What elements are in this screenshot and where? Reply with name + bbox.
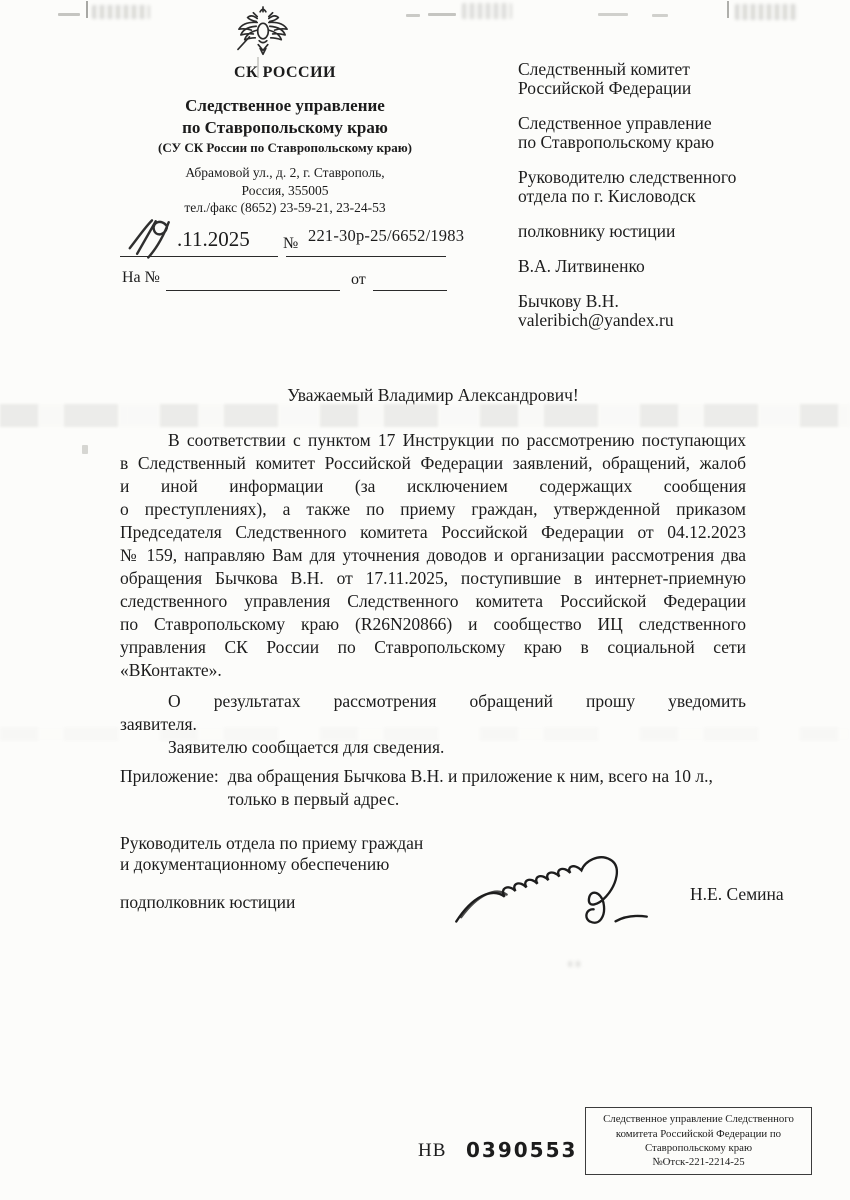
- body-line: В соответствии с пунктом 17 Инструкции п…: [120, 429, 746, 452]
- scan-artifact: [428, 13, 456, 16]
- scan-artifact: [82, 445, 88, 454]
- body-line: № 159, направляю Вам для уточнения довод…: [120, 544, 746, 567]
- recipient-org-line: по Ставропольскому краю: [518, 133, 818, 152]
- recipient-block: Следственный комитет Российской Федераци…: [518, 60, 818, 346]
- blank-number: 0390553: [466, 1138, 577, 1162]
- recipient-name: В.А. Литвиненко: [518, 257, 818, 276]
- number-sign: №: [283, 235, 298, 253]
- body-line: обращения Бычкова В.Н. от 17.11.2025, по…: [120, 567, 746, 590]
- scan-artifact: [652, 14, 668, 17]
- date-printed: .11.2025: [177, 227, 250, 252]
- reply-to-number-label: На №: [122, 269, 160, 287]
- org-phone: тел./факс (8652) 23-59-21, 23-24-53: [118, 199, 452, 217]
- attachment-line: два обращения Бычкова В.Н. и приложение …: [228, 765, 713, 788]
- reply-from-label: от: [351, 271, 366, 289]
- scan-artifact: [92, 5, 150, 19]
- org-address-line1: Абрамовой ул., д. 2, г. Ставрополь,: [118, 164, 452, 182]
- scanned-letter-page: СК РОССИИ Следственное управление по Ста…: [0, 0, 850, 1200]
- attachment-block: Приложение: два обращения Бычкова В.Н. и…: [120, 765, 746, 811]
- registration-stamp: Следственное управление Следственного ко…: [585, 1107, 812, 1175]
- org-name-abbrev: (СУ СК России по Ставропольскому краю): [118, 140, 452, 156]
- number-underline: [286, 256, 446, 257]
- body-line: в Следственный комитет Российской Федера…: [120, 452, 746, 475]
- scan-artifact: [727, 1, 729, 18]
- body-line: О результатах рассмотрения обращений про…: [120, 690, 746, 713]
- scan-artifact: [462, 3, 512, 19]
- salutation: Уважаемый Владимир Александрович!: [120, 384, 746, 407]
- body-line: следственного управления Следственного к…: [120, 590, 746, 613]
- date-underline: [120, 256, 278, 257]
- stamp-line: Следственное управление Следственного: [590, 1112, 807, 1126]
- scan-artifact: [598, 13, 628, 16]
- reply-number-blank: [166, 290, 340, 291]
- handwritten-signature-icon: [450, 850, 682, 940]
- handwritten-date-day: [126, 216, 178, 260]
- recipient-org-line: Российской Федерации: [518, 79, 818, 98]
- recipient-rank: полковнику юстиции: [518, 222, 818, 241]
- body-line: заявителя.: [120, 713, 746, 736]
- letterhead-left: СК РОССИИ Следственное управление по Ста…: [118, 64, 452, 217]
- outgoing-number: 221-30р-25/6652/1983: [308, 226, 464, 246]
- reply-date-blank: [373, 290, 447, 291]
- org-name-line2: по Ставропольскому краю: [118, 117, 452, 139]
- scan-artifact: [568, 961, 582, 967]
- signer-name: Н.Е. Семина: [690, 884, 784, 905]
- attachment-line: только в первый адрес.: [228, 788, 713, 811]
- scan-artifact: [735, 4, 797, 20]
- stamp-line: Ставропольскому краю: [590, 1141, 807, 1155]
- org-address-line2: Россия, 355005: [118, 182, 452, 200]
- recipient-org-line: Следственный комитет: [518, 60, 818, 79]
- recipient-position-line: Руководителю следственного: [518, 168, 818, 187]
- blank-series: НВ: [418, 1140, 446, 1162]
- attachment-label: Приложение:: [120, 765, 219, 811]
- scan-artifact: [406, 14, 420, 17]
- body-line: по Ставропольскому краю (R26N20866) и со…: [120, 613, 746, 636]
- org-name-line1: Следственное управление: [118, 95, 452, 117]
- body-line: управления СК России по Ставропольскому …: [120, 636, 746, 659]
- second-recipient-email: valeribich@yandex.ru: [518, 311, 818, 330]
- body-line: о преступлениях), а также по приему граж…: [120, 498, 746, 521]
- body-line: Заявителю сообщается для сведения.: [120, 736, 746, 759]
- scan-artifact: [58, 13, 80, 16]
- scan-artifact: [86, 1, 88, 18]
- body-line: Председателя Следственного комитета Росс…: [120, 521, 746, 544]
- org-name-short: СК РОССИИ: [118, 64, 452, 82]
- second-recipient-name: Бычкову В.Н.: [518, 292, 818, 311]
- letter-body: Уважаемый Владимир Александрович! В соот…: [120, 384, 746, 914]
- stamp-line: №Отск-221-2214-25: [590, 1155, 807, 1169]
- double-headed-eagle-icon: [234, 6, 292, 60]
- recipient-position-line: отдела по г. Кисловодск: [518, 187, 818, 206]
- recipient-org-line: Следственное управление: [518, 114, 818, 133]
- body-line: «ВКонтакте».: [120, 659, 746, 682]
- body-line: и иной информации (за исключением содерж…: [120, 475, 746, 498]
- stamp-line: комитета Российской Федерации по: [590, 1127, 807, 1141]
